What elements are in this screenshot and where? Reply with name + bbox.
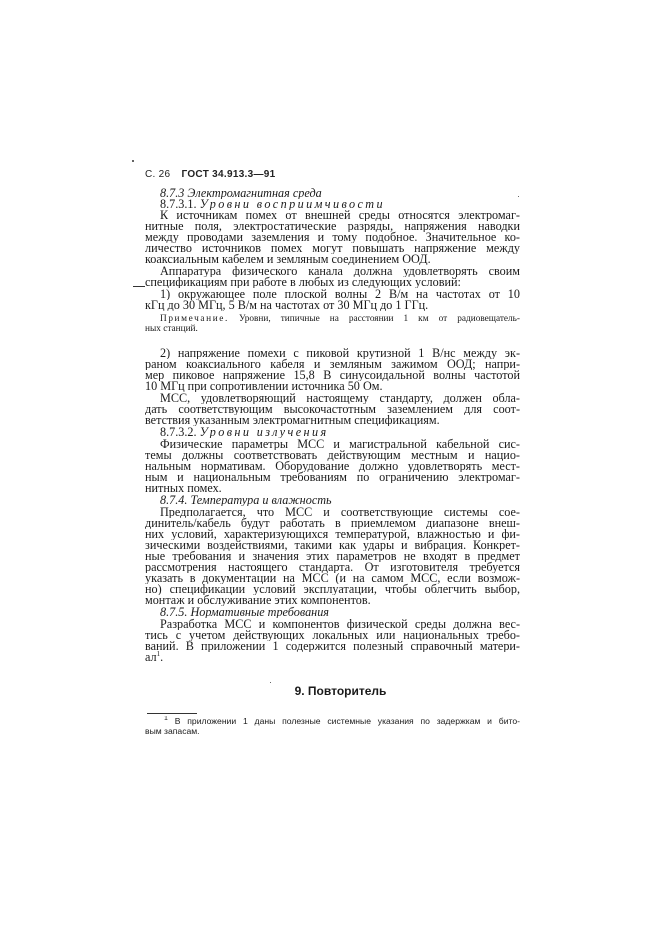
text-line: коаксиальным кабелем и земляным соединен… [145,253,520,265]
text-line: кГц до 30 МГц, 5 В/м на частотах от 30 М… [145,299,520,311]
section-heading-8-7-5: 8.7.5. Нормативные требования [160,606,520,618]
text-fragment: ал [145,651,157,663]
note-text: Уровни, типичные на расстоянии 1 км от р… [239,314,520,324]
text-fragment: . [160,651,163,663]
page-header: С. 26 ГОСТ 34.913.3—91 [145,169,276,180]
footnote-divider [147,713,197,714]
section-title-9: 9. Повторитель [0,684,661,698]
scan-speck [132,160,134,162]
section-title: Уровни излучения [200,426,329,438]
text-line: нитных помех. [145,482,520,494]
document-page: С. 26 ГОСТ 34.913.3—91 8.7.3 Электромагн… [0,0,661,935]
footnote-line: вым запасам. [145,726,520,736]
margin-mark [133,286,145,287]
text-line: монтаж и обслуживание этих компонентов. [145,594,520,606]
note-label: Примечание. [160,314,229,324]
note-line: ных станций. [145,324,520,334]
page-number: С. 26 [145,169,170,180]
text-line: спецификациям при работе в любых из след… [145,276,520,288]
text-line: 10 МГц при сопротивлении источника 50 Ом… [145,380,520,392]
text-line: ал1. [145,651,520,663]
section-heading-8-7-4: 8.7.4. Температура и влажность [160,494,520,506]
section-number: 8.7.3.2. [160,426,197,438]
text-line: ветствия указанным электромагнитным спец… [145,414,520,426]
section-heading-8-7-3-2: 8.7.3.2. Уровни излучения [160,426,520,438]
standard-designation: ГОСТ 34.913.3—91 [182,169,276,180]
footnote-marker: 1 [164,716,168,722]
scan-speck [270,682,271,683]
footnote-line: 1 В приложении 1 даны полезные системные… [164,716,520,726]
footnote-text: В приложении 1 даны полезные системные у… [175,716,520,726]
note-line: Примечание. Уровни, типичные на расстоян… [160,314,520,324]
